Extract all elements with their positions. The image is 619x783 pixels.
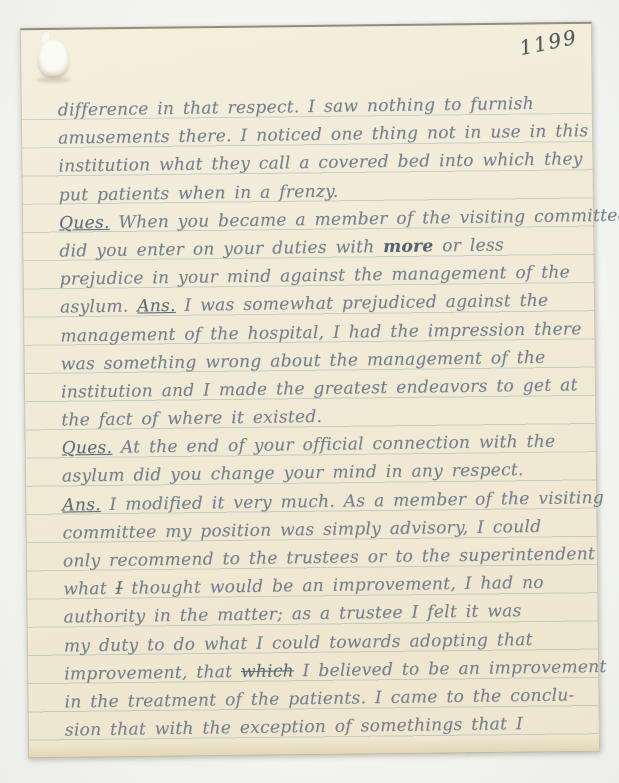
handwritten-segment: what [63,579,116,600]
handwriting-text: difference in that respect. I saw nothin… [22,90,599,745]
scan-background: 1199 difference in that respect. I saw n… [0,0,619,783]
handwritten-segment-underline: Ans. [62,495,101,516]
handwritten-segment: in the treatment of the patients. I came… [64,685,574,712]
handwritten-segment: was something wrong about the management… [61,347,546,374]
handwritten-segment: put patients when in a frenzy. [59,181,339,205]
handwritten-segment-underline: Ques. [62,438,113,459]
handwritten-segment: asylum. [60,297,137,318]
handwritten-segment: thought would be an improvement, I had n… [122,573,543,599]
paper-hole [38,40,68,76]
handwritten-segment-dark: more [383,236,434,257]
handwritten-segment: At the end of your official connection w… [112,432,555,458]
handwritten-segment: management of the hospital, I had the im… [60,319,582,346]
handwritten-segment: institution what they call a covered bed… [58,150,582,177]
handwritten-segment: institution and I made the greatest ende… [61,375,578,402]
handwritten-segment: the fact of where it existed. [61,407,322,431]
handwritten-segment-strike: which [241,661,294,682]
handwritten-segment: did you enter on your duties with [59,237,383,262]
handwritten-segment: sion that with the exception of somethin… [65,714,523,740]
handwritten-segment: or less [433,235,504,256]
handwritten-segment: my duty to do what I could towards adopt… [64,630,533,657]
handwritten-segment: difference in that respect. I saw nothin… [58,94,534,121]
handwritten-segment: asylum did you change your mind in any r… [62,460,524,486]
handwritten-segment: authority in the matter; as a trustee I … [63,601,521,627]
handwritten-line: sion that with the exception of somethin… [65,709,589,745]
handwritten-segment: committee my position was simply advisor… [62,517,541,544]
handwritten-segment-underline: Ques. [59,213,110,234]
handwritten-segment: improvement, that [64,662,241,684]
handwritten-segment: When you became a member of the visiting… [110,205,619,232]
handwritten-segment: I believed to be an improvement [294,657,607,681]
manuscript-page: 1199 difference in that respect. I saw n… [20,22,600,758]
handwritten-segment: amusements there. I noticed one thing no… [58,121,589,148]
handwritten-segment: I modified it very much. As a member of … [101,488,604,515]
handwritten-segment: only recommend to the trustees or to the… [63,544,595,571]
handwritten-segment-underline: Ans. [137,296,176,317]
page-number: 1199 [517,25,580,60]
handwritten-segment: I was somewhat prejudiced against the [176,291,549,316]
handwritten-segment: prejudice in your mind against the manag… [60,263,570,290]
